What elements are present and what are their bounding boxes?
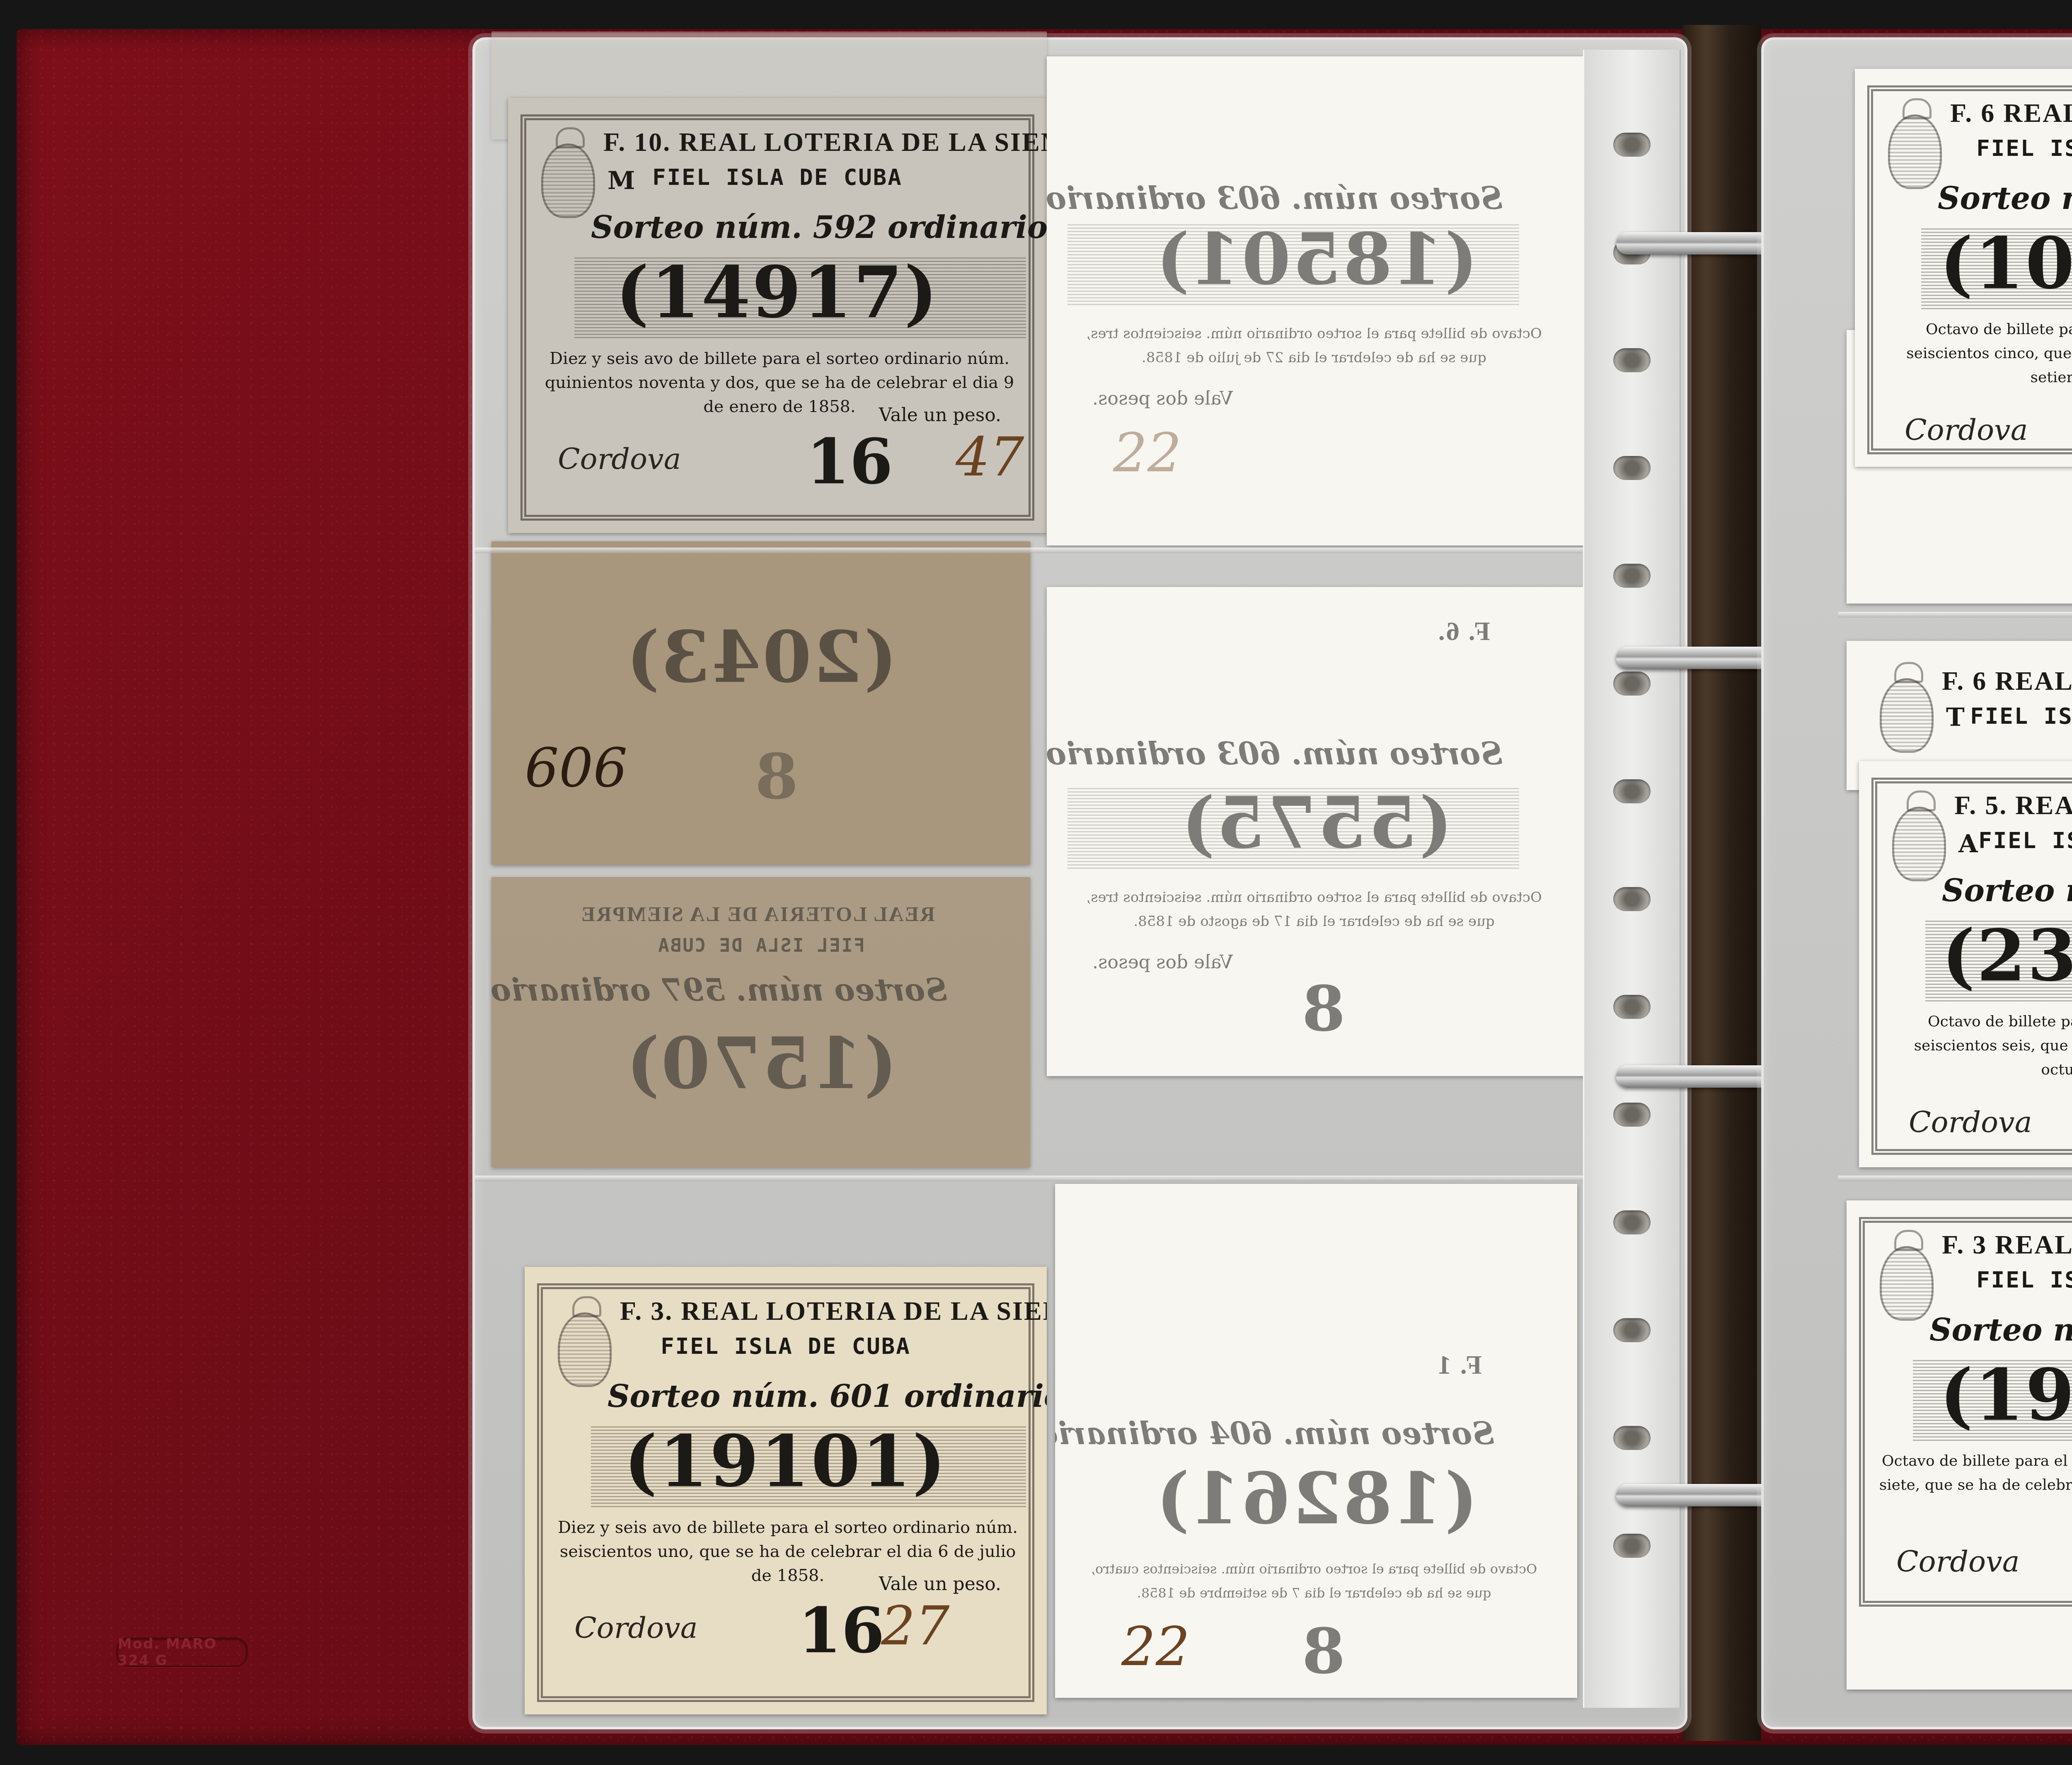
ticket-description: Octavo de billete para el sorteo ordinar… <box>1884 318 2072 390</box>
ticket-header: REAL LOTERIA DE LA SIEMPRE <box>516 902 935 926</box>
lottery-ticket[interactable]: F. 5. REAL LOTERIA DE LA SIEMPRE A FIEL … <box>1859 761 2072 1167</box>
ticket-number: (2043) <box>491 616 1030 699</box>
ticket-form: F. 3 <box>1942 1230 1987 1259</box>
ticket-signature: Cordova <box>1909 1105 2032 1139</box>
ticket-form: F. 1 <box>1437 1350 1482 1380</box>
ticket-subheader: FIEL ISLA DE CUBA <box>1859 827 2072 853</box>
ticket-handwritten: 22 <box>1121 1615 1190 1678</box>
punch-hole <box>1613 348 1651 372</box>
ticket-number: (19726) <box>1847 1354 2072 1437</box>
ticket-draw: Sorteo núm. 606 ordinario. <box>1942 873 2072 909</box>
punch-hole <box>1613 1210 1651 1234</box>
punch-hole <box>1613 1103 1651 1127</box>
ticket-subheader: FIEL ISLA DE CUBA <box>491 935 1030 956</box>
sleeve-punch-strip-left <box>1583 50 1681 1708</box>
ticket-draw: Sorteo nùm. 607 ordinario. <box>1929 1312 2072 1348</box>
ticket-form: F. 10. <box>603 127 671 157</box>
punch-hole <box>1613 456 1651 480</box>
punch-hole <box>1613 779 1651 803</box>
ticket-description: Octavo de billete para el sorteo ordinar… <box>1876 1449 2072 1497</box>
pocket-divider <box>475 1176 1590 1181</box>
ticket-header: REAL LOTERIA DE LA SIEMPRE <box>679 127 1047 157</box>
lottery-ticket-back[interactable]: (2043) 8 606 <box>491 541 1030 865</box>
punch-hole <box>1613 564 1651 588</box>
ticket-number: (18501) <box>1047 218 1585 301</box>
ticket-number: (18261) <box>1055 1457 1577 1540</box>
ticket-value: Vale un peso. <box>879 1573 1001 1595</box>
reversed-print: F. 6. Sorteo núm. 603 ordinario (5575) O… <box>1047 587 1585 1076</box>
reversed-print: (2043) 8 <box>491 541 1030 865</box>
ticket-description: Octavo de billete para el sorteo ordinar… <box>1072 322 1556 370</box>
ticket-draw: Sorteo núm. 601 ordinario <box>608 1379 1030 1414</box>
punch-hole <box>1613 672 1651 696</box>
sleeve-page-right[interactable]: cinco, que se ha de celebrar el dia 28 d… <box>1761 37 2072 1729</box>
lottery-ticket-back[interactable]: F. 6. Sorteo núm. 603 ordinario (5575) O… <box>1047 587 1585 1076</box>
ticket-header: REAL LOTERIA DE LA SIEMPRE <box>681 1296 1047 1326</box>
ticket-header: REAL LOTERIA DE LA SIEMPRE <box>1995 666 2072 696</box>
binder-spine <box>1682 25 1761 1741</box>
ticket-subheader: FIEL ISLA DE CUBA <box>1847 703 2072 729</box>
lottery-ticket[interactable]: F. 10. REAL LOTERIA DE LA SIEMPRE M FIEL… <box>508 98 1047 533</box>
pocket-divider <box>475 548 1590 553</box>
ticket-signature: Cordova <box>558 442 681 476</box>
pocket-divider <box>1838 1176 2072 1181</box>
ticket-number: (14917) <box>508 251 1047 334</box>
lottery-ticket[interactable]: F. 3 REAL LOTERIA DE LA SIEMPRE D FIEL I… <box>1847 1200 2072 1690</box>
ticket-form: F. 5. <box>1954 790 2007 820</box>
ticket-form: F. 6 <box>1942 666 1987 696</box>
ticket-form: F. 6. <box>1437 616 1490 646</box>
ticket-handwritten: 27 <box>881 1594 949 1657</box>
punch-hole <box>1613 995 1651 1019</box>
ticket-draw: Sorteo núm. 597 ordinario <box>508 972 947 1008</box>
lottery-ticket-back[interactable]: Sorteo núm. 603 ordinario (18501) Octavo… <box>1047 56 1585 546</box>
ticket-draw: Sorteo núm. 592 ordinario <box>591 210 1030 245</box>
lottery-ticket-back[interactable]: REAL LOTERIA DE LA SIEMPRE FIEL ISLA DE … <box>491 877 1030 1167</box>
sleeve-page-left[interactable]: F. 10. REAL LOTERIA DE LA SIEMPRE M FIEL… <box>472 37 1687 1729</box>
punch-hole <box>1613 133 1651 157</box>
ticket-fraction: 8 <box>1302 972 1345 1045</box>
ticket-handwritten: 47 <box>956 425 1024 488</box>
ticket-value: Vale dos pesos. <box>1092 952 1233 973</box>
ticket-subheader: FIEL ISLA DE CUBA <box>508 164 1047 190</box>
ticket-value: Vale dos pesos. <box>1092 388 1233 409</box>
ticket-description: Octavo de billete para el sorteo ordinar… <box>1888 1010 2072 1082</box>
ticket-signature: Cordova <box>1905 413 2028 447</box>
ticket-handwritten: 606 <box>525 736 627 799</box>
ticket-handwritten: 22 <box>1113 421 1181 484</box>
reversed-print: REAL LOTERIA DE LA SIEMPRE FIEL ISLA DE … <box>491 877 1030 1167</box>
ticket-form: F. 3. <box>620 1296 673 1326</box>
ticket-subheader: FIEL ISLA DE CUBA <box>1847 1267 2072 1293</box>
lottery-ticket-back[interactable]: F. 1 Sorteo núm. 604 ordinario (18261) O… <box>1055 1184 1577 1698</box>
ticket-header: REAL LOTERIA DE LA SIEMPRE <box>1995 1230 2072 1259</box>
cover-maker-stamp: Mod. MARO 324 G <box>116 1637 248 1667</box>
ticket-value: Vale un peso. <box>879 405 1001 426</box>
ticket-draw: Sorteo núm. 603 ordinario <box>1063 736 1503 772</box>
ticket-subheader: FIEL ISLA DE CUBA <box>525 1333 1047 1359</box>
ticket-header: REAL LOTERIA DE LA SIEMPRE <box>2015 790 2072 820</box>
ticket-fraction: 8 <box>1302 1615 1345 1688</box>
ticket-subheader: FIEL ISLA DE CUBA <box>1855 135 2072 161</box>
lottery-ticket[interactable]: F. 3. REAL LOTERIA DE LA SIEMPRE FIEL IS… <box>525 1267 1047 1714</box>
ticket-description: Octavo de billete para el sorteo ordinar… <box>1072 885 1556 933</box>
ticket-number: (5575) <box>1047 782 1585 865</box>
ticket-draw: Sorteo núm. 603 ordinario <box>1063 181 1503 216</box>
punch-hole <box>1613 1318 1651 1342</box>
ticket-number: (19101) <box>525 1420 1047 1503</box>
punch-hole <box>1613 1426 1651 1450</box>
ticket-header: REAL LOTERIA DE LA SIEMPRE <box>2003 98 2072 128</box>
ticket-signature: Cordova <box>574 1611 697 1645</box>
lottery-ticket[interactable]: F. 6 REAL LOTERIA DE LA SIEMPRE T FIEL I… <box>1855 69 2072 467</box>
ticket-fraction: 16 <box>798 1594 885 1667</box>
ticket-draw: Sorteo núm. 604 ordinario <box>1072 1416 1494 1452</box>
ticket-signature: Cordova <box>1896 1544 2019 1578</box>
ticket-number: (23044) <box>1859 914 2072 997</box>
ticket-draw: Sorteo núm. 605 ordinario. <box>1938 181 2072 216</box>
ticket-form: F. 6 <box>1950 98 1995 128</box>
ticket-description: Octavo de billete para el sorteo ordinar… <box>1080 1557 1548 1605</box>
punch-hole <box>1613 1534 1651 1558</box>
ticket-fraction: 8 <box>755 740 798 813</box>
ticket-number: (10886) <box>1855 222 2072 305</box>
pocket-divider <box>1838 612 2072 618</box>
ticket-number: (1570) <box>491 1022 1030 1105</box>
ticket-fraction: 16 <box>806 425 893 498</box>
punch-hole <box>1613 887 1651 911</box>
